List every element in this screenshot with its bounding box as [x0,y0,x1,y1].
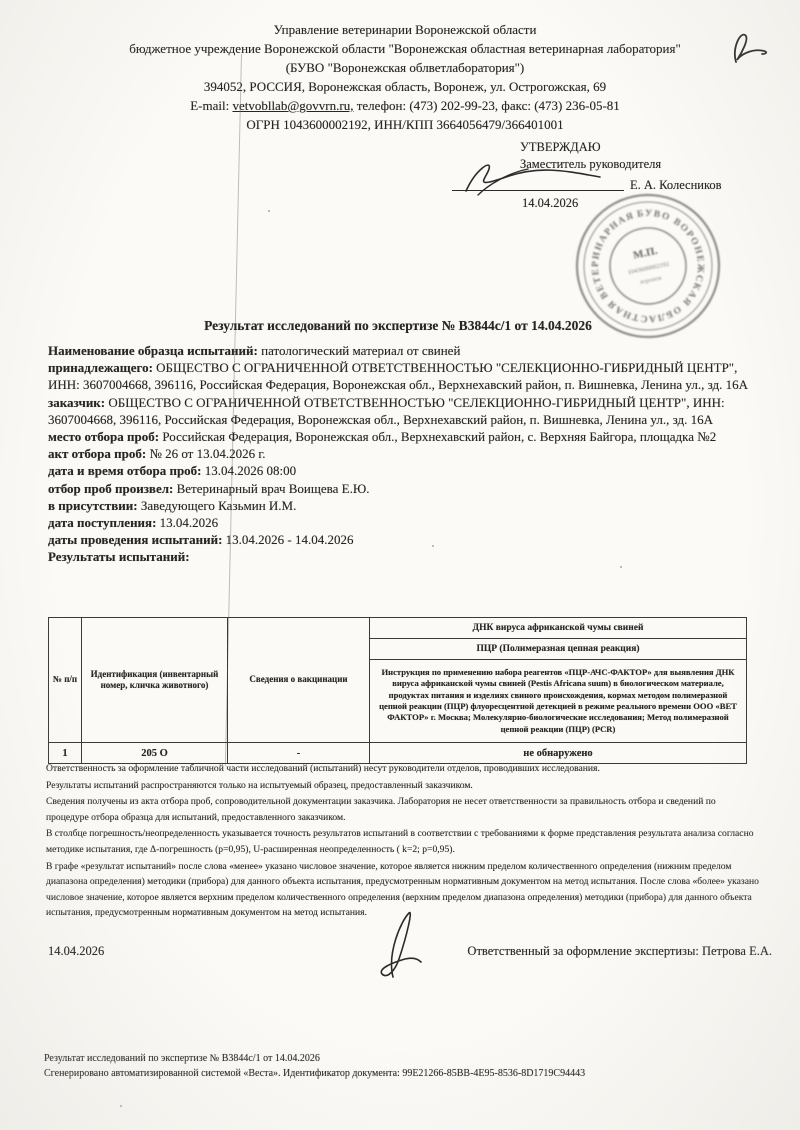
field-sampling-act: акт отбора проб: № 26 от 13.04.2026 г. [48,445,756,462]
scan-speck [120,1105,122,1107]
footer-expertise-ref: Результат исследований по экспертизе № В… [44,1051,585,1066]
note-sampling-info: Сведения получены из акта отбора проб, с… [46,794,760,825]
col-header-vaccination: Сведения о вакцинации [228,618,370,743]
results-label: Результаты испытаний: [48,548,756,565]
field-in-presence-of: в присутствии: Заведующего Казьмин И.М. [48,497,756,514]
stamp-mp-label: М.П. [632,245,659,262]
disclaimer-notes: Ответственность за оформление табличной … [46,761,760,922]
document-title: Результат исследований по экспертизе № В… [48,318,748,334]
stamp-inner-number: 1043600002192 [627,261,670,277]
phone-fax: телефон: (473) 202-99-23, факс: (473) 23… [357,98,620,113]
org-short-name: (БУВО "Воронежская облветлаборатория") [60,58,750,77]
org-department: Управление ветеринарии Воронежской облас… [60,20,750,39]
org-contacts: E-mail: vetvobllab@govvrn.ru, телефон: (… [60,96,750,115]
results-table: № п/п Идентификация (инвентарный номер, … [48,617,747,764]
signoff-responsible: Ответственный за оформление экспертизы: … [467,944,772,959]
field-test-dates: даты проведения испытаний: 13.04.2026 - … [48,531,756,548]
scan-speck [268,210,270,212]
signature-line [452,189,624,191]
handwritten-paraph [726,26,778,70]
col-header-method-detail: Инструкция по применению набора реагенто… [370,660,747,743]
footer-generated-by: Сгенерировано автоматизированной системо… [44,1066,585,1081]
org-address: 394052, РОССИЯ, Воронежская область, Вор… [60,77,750,96]
col-header-num: № п/п [49,618,82,743]
field-receipt-date: дата поступления: 13.04.2026 [48,514,756,531]
note-responsibility: Ответственность за оформление табличной … [46,761,760,777]
approve-label: УТВЕРЖДАЮ [520,139,661,156]
field-owner: принадлежащего: ОБЩЕСТВО С ОГРАНИЧЕННОЙ … [48,359,756,393]
field-sampling-datetime: дата и время отбора проб: 13.04.2026 08:… [48,462,756,479]
signoff-row: 14.04.2026 Ответственный за оформление э… [48,944,772,959]
field-customer: заказчик: ОБЩЕСТВО С ОГРАНИЧЕННОЙ ОТВЕТС… [48,394,756,428]
org-ogrn-inn: ОГРН 1043600002192, ИНН/КПП 3664056479/3… [60,115,750,134]
signoff-date: 14.04.2026 [48,944,104,959]
scanned-document-page: Управление ветеринарии Воронежской облас… [0,0,800,1130]
col-header-method-group: ПЦР (Полимеразная цепная реакция) [370,639,747,660]
col-header-analyte: ДНК вируса африканской чумы свиней [370,618,747,639]
email-label: E-mail: [190,98,229,113]
scan-speck [620,566,622,568]
note-uncertainty: В столбце погрешность/неопределенность у… [46,826,760,857]
col-header-identification: Идентификация (инвентарный номер, кличка… [82,618,228,743]
note-scope: Результаты испытаний распространяются то… [46,778,760,794]
document-footer: Результат исследований по экспертизе № В… [44,1051,585,1081]
email-value: vetvobllab@govvrn.ru, [232,98,353,113]
sample-fields: Наименование образца испытаний: патологи… [48,342,756,566]
field-sampling-place: место отбора проб: Российская Федерация,… [48,428,756,445]
field-sample-name: Наименование образца испытаний: патологи… [48,342,756,359]
svg-text:воронеж: воронеж [640,275,663,286]
org-header: Управление ветеринарии Воронежской облас… [60,20,750,134]
approver-signature [448,155,638,200]
org-name: бюджетное учреждение Воронежской области… [60,39,750,58]
field-sampled-by: отбор проб произвел: Ветеринарный врач В… [48,480,756,497]
